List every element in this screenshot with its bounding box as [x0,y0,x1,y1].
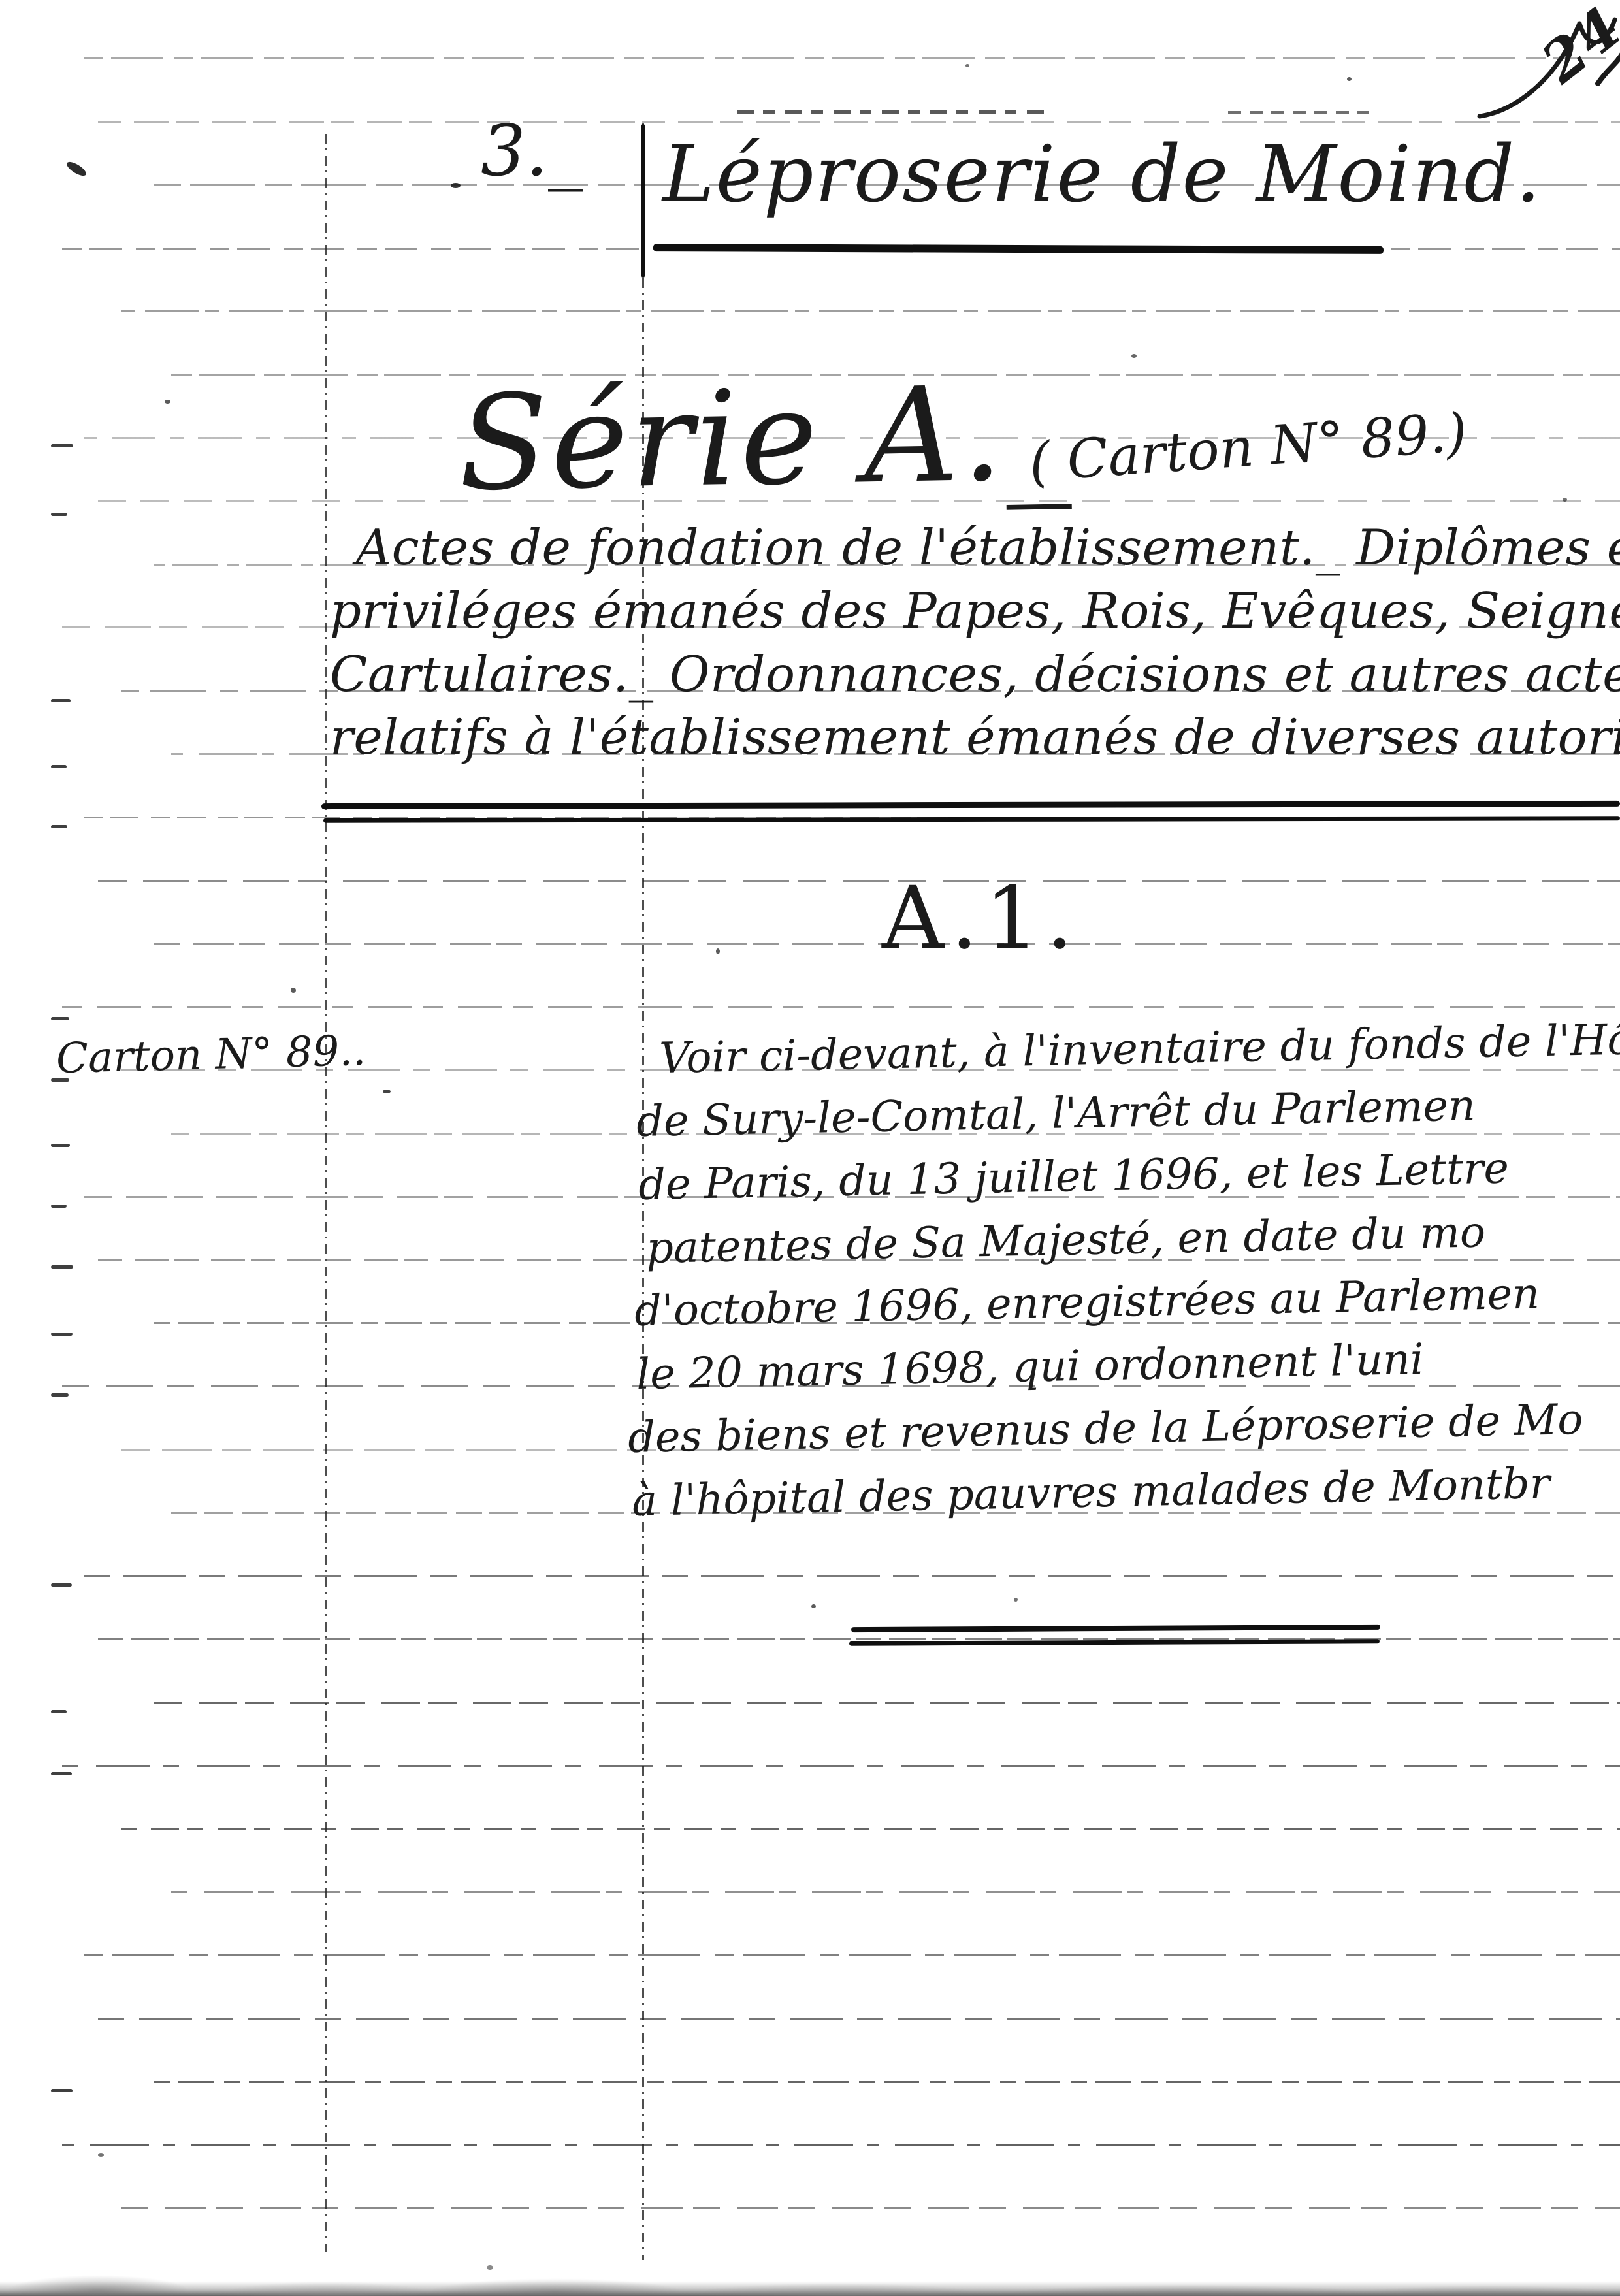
left-edge-dash [51,1017,69,1020]
scan-speck [1563,498,1567,502]
entry-line: des biens et revenus de la Léproserie de… [628,1399,1583,1459]
entry-line: d'octobre 1696, enregistrées au Parlemen [634,1272,1540,1333]
scan-speck [383,1090,391,1093]
ruled-line [84,1954,1620,1956]
ruled-line [62,1765,1620,1767]
margin-carton-label: Carton N° 89.. [56,1030,366,1080]
ruled-line [98,1638,1620,1640]
closing-double-rule-bottom [849,1639,1380,1646]
ruled-line [84,1575,1620,1577]
ruled-line [154,1702,1620,1704]
left-edge-dash [51,513,67,516]
double-rule-top [321,801,1620,809]
scan-smudge-band [0,2263,1620,2296]
section-number: 3._ [481,116,583,187]
left-edge-dash [51,2089,73,2092]
left-edge-dash [51,1144,70,1147]
entry-line: le 20 mars 1698, qui ordonnent l'uni [636,1338,1424,1396]
entry-line: patentes de Sa Majesté, en date du mo [646,1211,1486,1270]
left-edge-dash [51,1772,72,1775]
scan-speck [716,948,720,954]
scan-dash-artifact [737,110,1044,114]
left-edge-dash [51,1583,72,1587]
description-line: Actes de fondation de l'établissement._ … [330,516,1620,579]
ruled-line [121,310,1620,312]
text-margin-rule-dark-segment [641,124,645,278]
description-line: Cartulaires._ Ordonnances, décisions et … [330,643,1620,706]
ruled-line [121,2207,1620,2209]
ruled-line [121,1828,1620,1830]
left-edge-dash [51,444,73,447]
ruled-line [154,2081,1620,2083]
ruled-line [171,1891,1620,1893]
series-carton-number: ( Carton N° 89.) [1028,406,1468,491]
scanned-manuscript-page: 24 3._ Léproserie de Moind. Série A._ ( … [0,0,1620,2296]
left-margin-rule [325,134,327,2252]
entry-line: à l'hôpital des pauvres malades de Montb… [632,1463,1550,1523]
scan-speck [1131,354,1137,358]
item-heading: A.1. [882,875,1080,962]
series-description: Actes de fondation de l'établissement._ … [330,516,1620,769]
ruled-line [98,2018,1620,2020]
scan-speck [291,988,296,993]
entry-line: de Paris, du 13 juillet 1696, et les Let… [638,1147,1510,1206]
scan-dash-artifact [1228,111,1369,114]
left-edge-dash [51,699,71,702]
left-edge-dash [51,825,67,828]
ruled-line [62,2144,1620,2146]
left-edge-dash [51,1333,73,1336]
scan-speck [65,159,88,178]
series-heading: Série A._ [457,368,1074,509]
scan-speck [965,64,969,67]
ruled-line [62,1006,1620,1008]
scan-speck [1347,77,1352,81]
description-line: relatifs à l'établissement émanés de div… [330,705,1620,769]
entry-line: Voir ci-devant, à l'inventaire du fonds … [659,1018,1620,1080]
left-edge-dash [51,1393,69,1397]
description-line: priviléges émanés des Papes, Rois, Evêqu… [330,579,1620,643]
title-underline [653,244,1384,254]
double-rule-bottom [323,816,1620,822]
scan-speck [811,1604,816,1608]
ruled-line [98,121,1620,123]
ruled-line [84,57,1620,59]
scan-speck [98,2153,104,2157]
ruled-line [98,880,1620,882]
left-edge-dash [51,765,67,768]
left-edge-dash [51,1265,73,1269]
entry-line: de Sury-le-Comtal, l'Arrêt du Parlemen [636,1084,1476,1143]
scan-speck [451,183,461,188]
closing-double-rule-top [851,1625,1380,1632]
scan-speck [165,400,170,404]
left-edge-dash [51,1710,67,1713]
page-title: Léproserie de Moind. [662,136,1542,214]
scan-speck [1014,1598,1018,1602]
left-edge-dash [51,1205,67,1208]
